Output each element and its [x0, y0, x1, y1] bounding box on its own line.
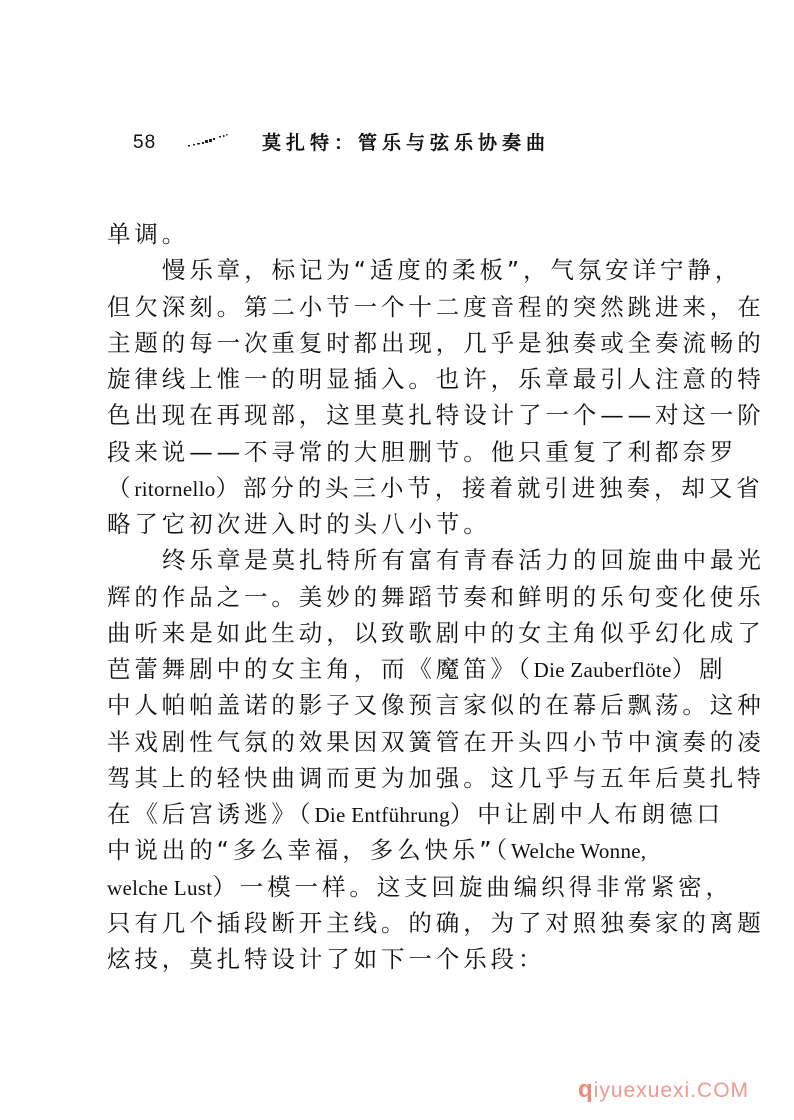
page-header: 58 莫扎特：管乐与弦乐协奏曲: [0, 128, 794, 158]
text-line: 辉的作品之一。美妙的舞蹈节奏和鲜明的乐句变化使乐: [107, 579, 667, 615]
text-line: 中人帕帕盖诺的影子又像预言家似的在幕后飘荡。这种: [107, 687, 667, 723]
text-line: 旋律线上惟一的明显插入。也许，乐章最引人注意的特: [107, 361, 667, 397]
body-text: 单调。 慢乐章，标记为“适度的柔板”，气氛安详宁静， 但欠深刻。第二小节一个十二…: [107, 216, 667, 977]
watermark-logo-letter: q: [578, 1076, 594, 1103]
text-line: 慢乐章，标记为“适度的柔板”，气氛安详宁静，: [107, 252, 667, 288]
text-line: 只有几个插段断开主线。的确，为了对照独奏家的离题: [107, 905, 667, 941]
watermark-text: iyuexuexi.COM: [594, 1079, 749, 1102]
text-line: 色出现在再现部，这里莫扎特设计了一个——对这一阶: [107, 397, 667, 433]
text-line: 主题的每一次重复时都出现，几乎是独奏或全奏流畅的: [107, 325, 667, 361]
foreign-term: Die Entführung: [314, 803, 449, 827]
foreign-term: welche Lust: [107, 876, 212, 900]
text-span: ）部分的头三小节，接着就引进独奏，却又省: [216, 474, 764, 502]
text-line: welche Lust）一模一样。这支回旋曲编织得非常紧密，: [107, 869, 667, 905]
text-span: 在《后宫诱逃》（: [107, 800, 314, 828]
text-span: ）剧: [672, 655, 727, 683]
text-line: 略了它初次进入时的头八小节。: [107, 506, 667, 542]
text-line: 驾其上的轻快曲调而更为加强。这几乎与五年后莫扎特: [107, 760, 667, 796]
text-line: 但欠深刻。第二小节一个十二度音程的突然跳进来，在: [107, 289, 667, 325]
foreign-term: Die Zauberflöte: [534, 658, 672, 682]
site-watermark: qiyuexuexi.COM: [578, 1076, 749, 1104]
text-line: 在《后宫诱逃》（Die Entführung）中让剧中人布朗德口: [107, 796, 667, 832]
page-number: 58: [133, 132, 156, 154]
text-span: ）中让剧中人布朗德口: [450, 800, 724, 828]
text-line: 炫技，莫扎特设计了如下一个乐段：: [107, 941, 667, 977]
text-line: 单调。: [107, 216, 667, 252]
foreign-term: Welche Wonne,: [511, 839, 646, 863]
text-line: 终乐章是莫扎特所有富有青春活力的回旋曲中最光: [107, 542, 667, 578]
text-line: （ritornello）部分的头三小节，接着就引进独奏，却又省: [107, 470, 667, 506]
text-line: 曲听来是如此生动，以致歌剧中的女主角似乎幻化成了: [107, 615, 667, 651]
text-line: 中说出的“多么幸福，多么快乐”（Welche Wonne,: [107, 832, 667, 868]
text-line: 半戏剧性气氛的效果因双簧管在开头四小节中演奏的凌: [107, 724, 667, 760]
pen-flourish-icon: [186, 130, 242, 150]
text-line: 段来说——不寻常的大胆删节。他只重复了利都奈罗: [107, 434, 667, 470]
foreign-term: ritornello: [134, 477, 215, 501]
text-span: （: [107, 474, 134, 502]
text-span: 中说出的“多么幸福，多么快乐”（: [107, 836, 511, 864]
text-line: 芭蕾舞剧中的女主角，而《魔笛》（Die Zauberflöte）剧: [107, 651, 667, 687]
text-span: ）一模一样。这支回旋曲编织得非常紧密，: [212, 873, 733, 901]
text-span: 芭蕾舞剧中的女主角，而《魔笛》（: [107, 655, 534, 683]
running-title: 莫扎特：管乐与弦乐协奏曲: [262, 128, 550, 155]
